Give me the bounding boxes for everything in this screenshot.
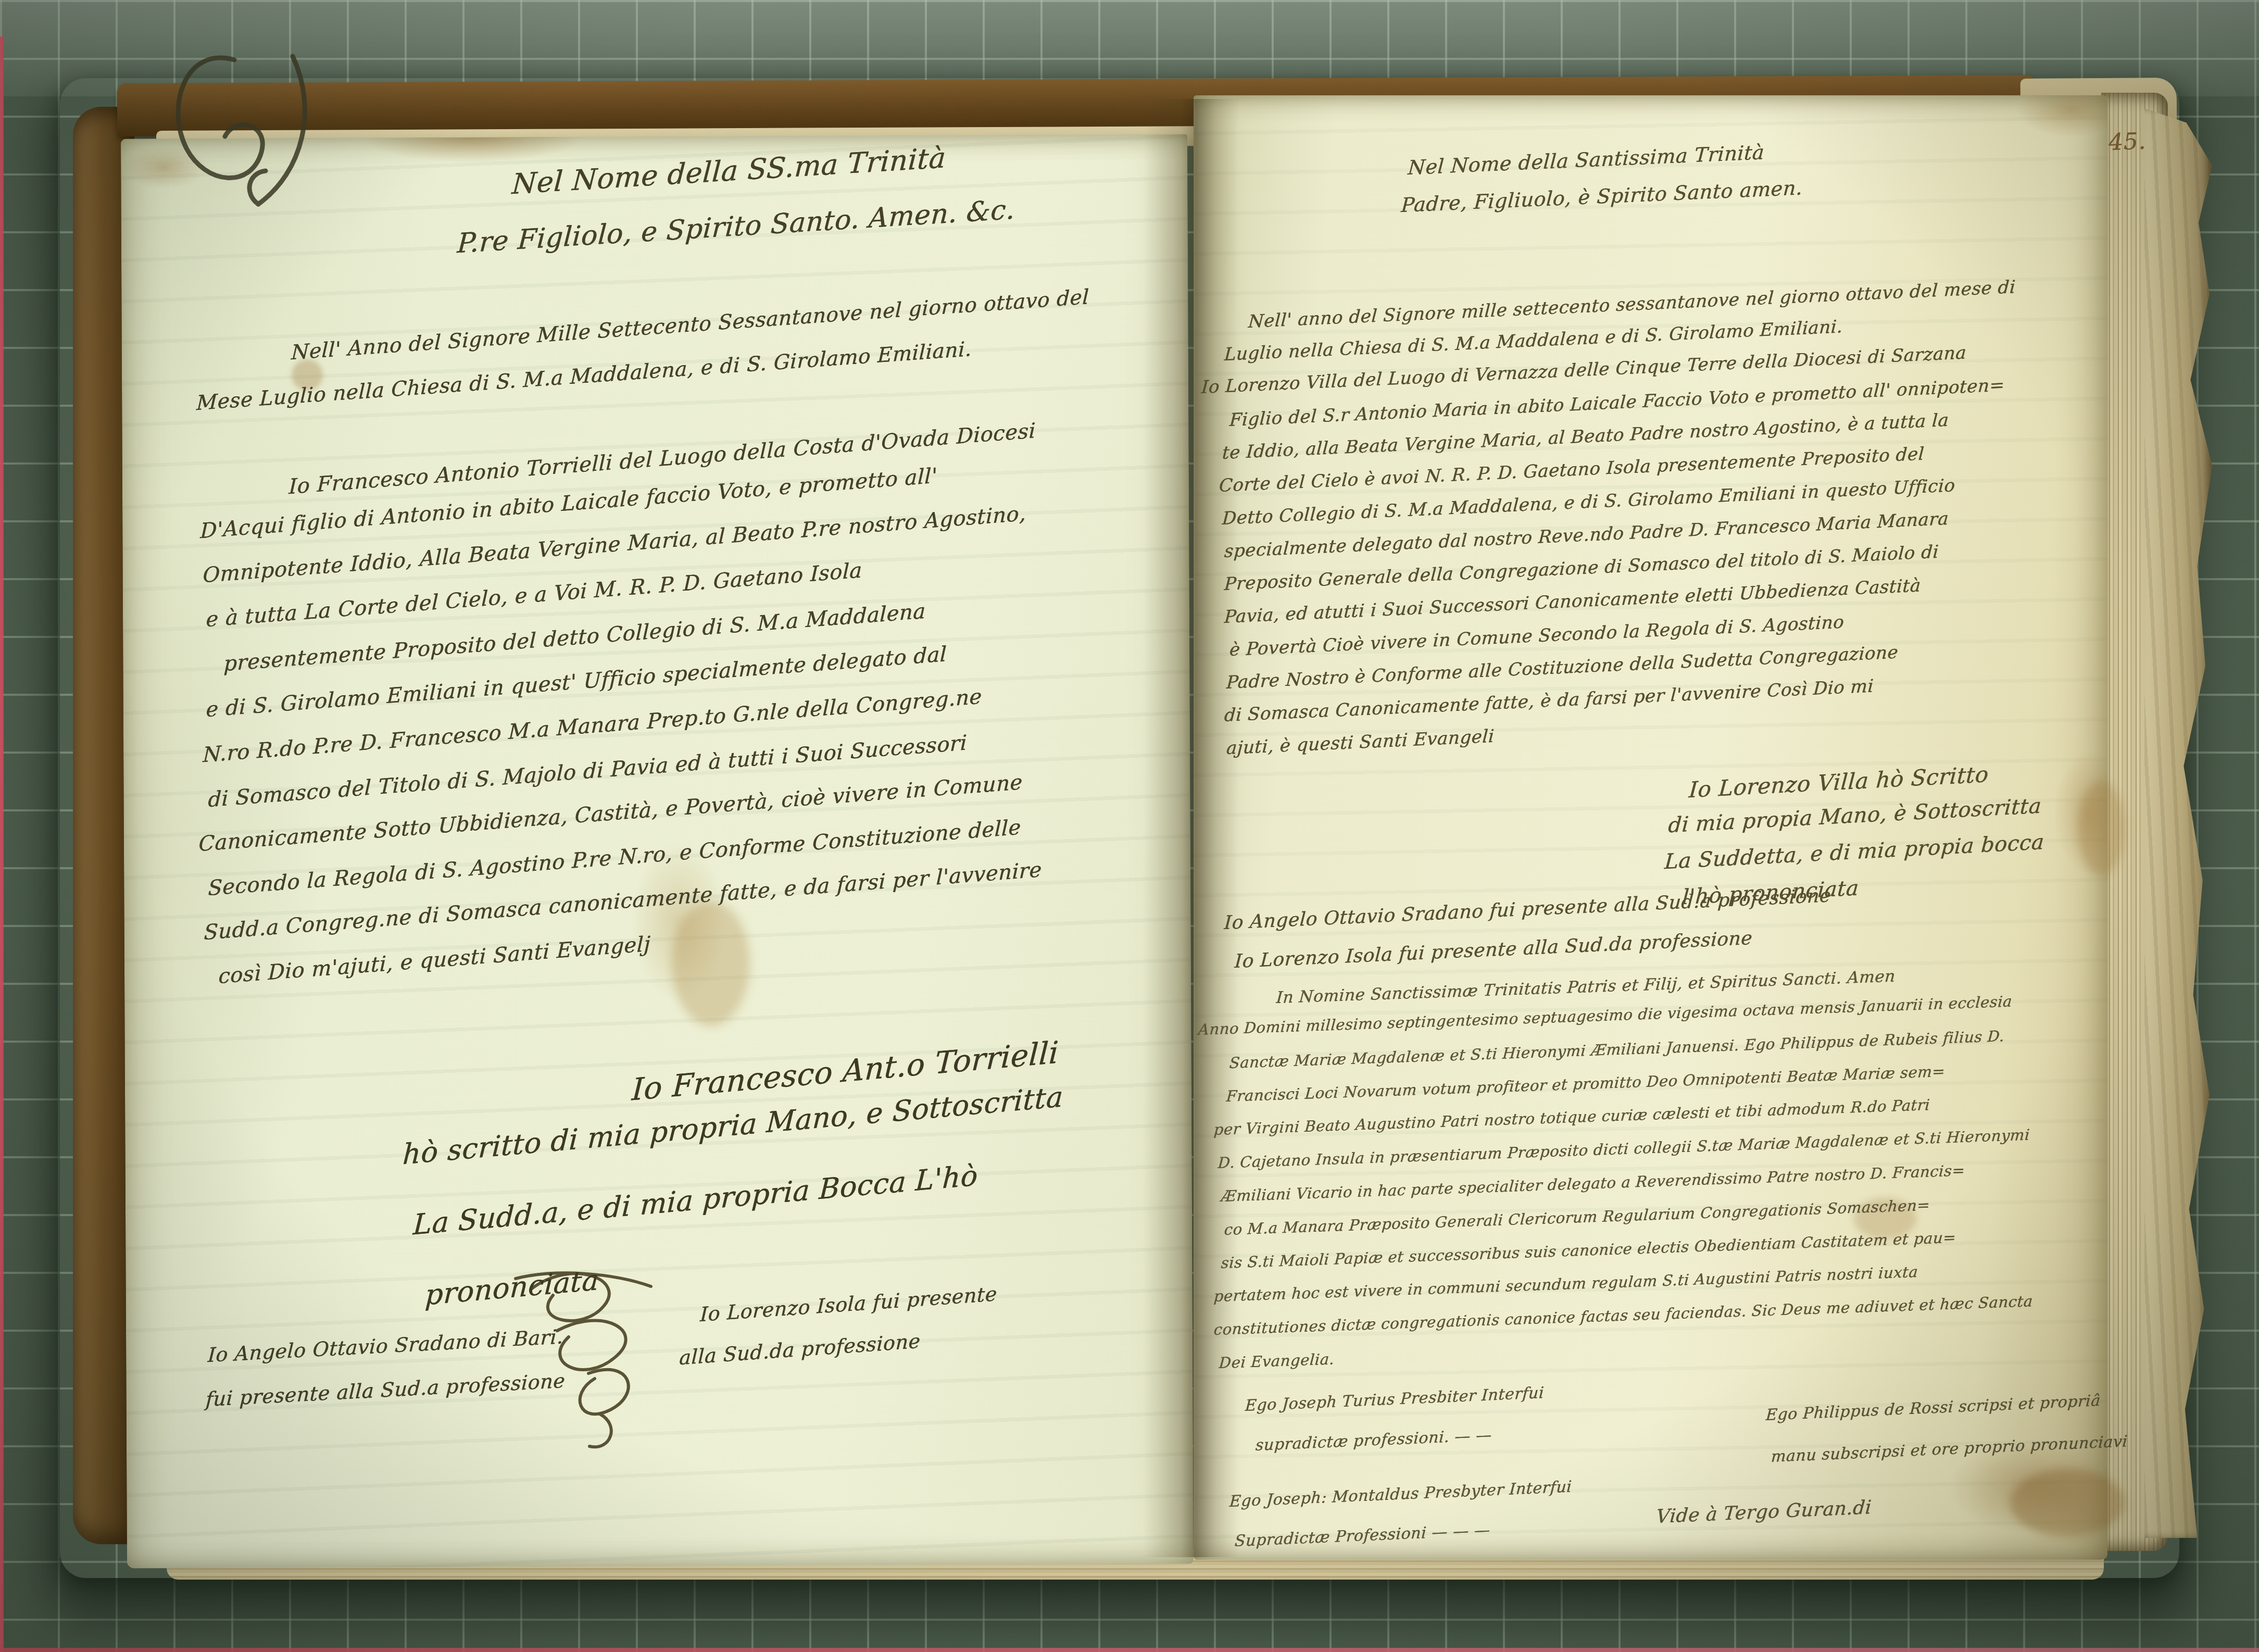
page-number: 45. [2108,128,2147,155]
manuscript-photo: Nel Nome della SS.ma Trinità P.re Figlio… [0,0,2259,1652]
calligraphic-initial-flourish [156,42,333,214]
book-gutter-shadow [1143,99,1239,1557]
torn-page-edges [2144,108,2212,1538]
mat-red-edge-line-bottom [0,1648,2259,1652]
mat-red-edge-line-left [0,36,4,1652]
